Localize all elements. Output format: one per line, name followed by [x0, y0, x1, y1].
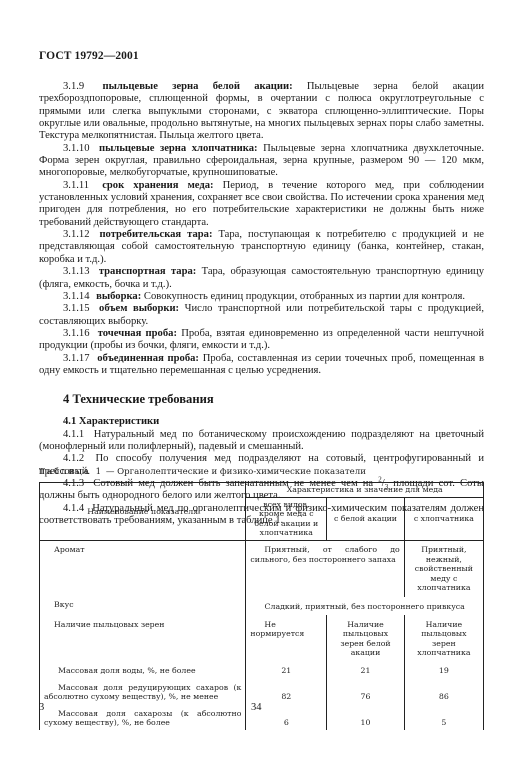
cell-merged-all: Сладкий, приятный, без постороннего прив…	[246, 597, 484, 615]
table-label: Таблица 1	[39, 467, 103, 477]
definition-3-1-14: 3.1.14 выборка: Совокупность единиц прод…	[39, 291, 484, 303]
definition-3-1-10: 3.1.10 пыльцевые зерна хлопчатника: Пыль…	[39, 143, 484, 180]
column-header-cotton: с хлопчатника	[404, 497, 483, 540]
footer-left-number: 3	[39, 702, 44, 713]
term: пыльцевые зерна белой акации:	[102, 81, 292, 92]
term: пыльцевые зерна хлопчатника:	[99, 143, 258, 154]
clause-text: Натуральный мед по ботаническому происхо…	[39, 429, 484, 452]
subsection-title: 4.1 Характеристики	[39, 416, 484, 428]
cell-cotton: 86	[404, 678, 483, 704]
definition-3-1-9: 3.1.9 пыльцевые зерна белой акации: Пыль…	[39, 81, 484, 143]
definition-3-1-12: 3.1.12 потребительская тара: Тара, посту…	[39, 229, 484, 266]
cell-white-acacia: 21	[327, 660, 405, 678]
cell-all-types: Не нормируется	[246, 615, 327, 660]
definition-3-1-17: 3.1.17 объединенная проба: Проба, состав…	[39, 353, 484, 378]
term: выборка:	[96, 291, 141, 302]
clause-number: 3.1.15	[63, 303, 89, 314]
document-code-header: ГОСТ 19792—2001	[39, 50, 139, 62]
clause-number: 3.1.10	[63, 143, 89, 154]
cell-white-acacia: 76	[327, 678, 405, 704]
table-row: Наличие пыльцовых зерен Не нормируется Н…	[40, 615, 484, 660]
term: транспортная тара:	[99, 266, 196, 277]
cell-white-acacia: 10	[327, 704, 405, 730]
table-organoleptic-indicators: Наименование показателя Характеристика и…	[39, 482, 484, 730]
cell-all-types: 21	[246, 660, 327, 678]
definition-text: Совокупность единиц продукции, отобранны…	[144, 291, 465, 302]
definition-3-1-15: 3.1.15 объем выборки: Число транспортной…	[39, 303, 484, 328]
row-name: Массовая доля сахарозы (к абсолютно сухо…	[40, 704, 246, 730]
term: срок хранения меда:	[102, 180, 213, 191]
clause-number: 3.1.13	[63, 266, 89, 277]
clause-number: 3.1.14	[63, 291, 89, 302]
cell-cotton: Наличие пыльцовых зерен хлопчатника	[404, 615, 483, 660]
term: точечная проба:	[98, 328, 177, 339]
clause-4-1-1: 4.1.1 Натуральный мед по ботаническому п…	[39, 429, 484, 454]
row-name: Массовая доля воды, %, не более	[40, 660, 246, 678]
definition-3-1-16: 3.1.16 точечная проба: Проба, взятая еди…	[39, 328, 484, 353]
column-group-header: Характеристика и значение для меда	[246, 483, 484, 498]
definition-3-1-13: 3.1.13 транспортная тара: Тара, образующ…	[39, 266, 484, 291]
definition-3-1-11: 3.1.11 срок хранения меда: Период, в теч…	[39, 180, 484, 229]
clause-number: 3.1.11	[63, 180, 89, 191]
column-header-white-acacia: с белой акации	[327, 497, 405, 540]
table-caption-text: — Органолептические и физико-химические …	[106, 467, 366, 477]
clause-number: 3.1.17	[63, 353, 89, 364]
row-name: Наличие пыльцовых зерен	[40, 615, 246, 660]
table-row: Аромат Приятный, от слабого до сильного,…	[40, 540, 484, 596]
column-header-all-types: всех видов, кроме меда с белой акации и …	[246, 497, 327, 540]
clause-number: 4.1.2	[63, 453, 84, 464]
cell-cotton: Приятный, нежный, свойственный меду с хл…	[404, 540, 483, 596]
clause-number: 3.1.12	[63, 229, 89, 240]
clause-number: 3.1.9	[63, 81, 84, 92]
clause-number: 4.1.1	[63, 429, 84, 440]
cell-white-acacia: Наличие пыльцовых зерен белой акации	[327, 615, 405, 660]
clause-number: 3.1.16	[63, 328, 89, 339]
table-row: Вкус Сладкий, приятный, без постороннего…	[40, 597, 484, 615]
row-name: Вкус	[40, 597, 246, 615]
document-body: 3.1.9 пыльцевые зерна белой акации: Пыль…	[39, 81, 484, 527]
term: объем выборки:	[99, 303, 179, 314]
table-row: Массовая доля воды, %, не более 21 21 19	[40, 660, 484, 678]
cell-merged: Приятный, от слабого до сильного, без по…	[246, 540, 404, 596]
cell-cotton: 5	[404, 704, 483, 730]
table-row: Массовая доля редуцирующих сахаров (к аб…	[40, 678, 484, 704]
table-caption: Таблица 1 — Органолептические и физико-х…	[39, 467, 366, 477]
term: объединенная проба:	[97, 353, 199, 364]
row-name: Аромат	[40, 540, 246, 596]
cell-all-types: 82	[246, 678, 327, 704]
page-number: 34	[251, 702, 262, 713]
section-title: 4 Технические требования	[39, 392, 484, 407]
term: потребительская тара:	[99, 229, 212, 240]
column-header-indicator-name: Наименование показателя	[40, 483, 246, 541]
row-name: Массовая доля редуцирующих сахаров (к аб…	[40, 678, 246, 704]
cell-cotton: 19	[404, 660, 483, 678]
